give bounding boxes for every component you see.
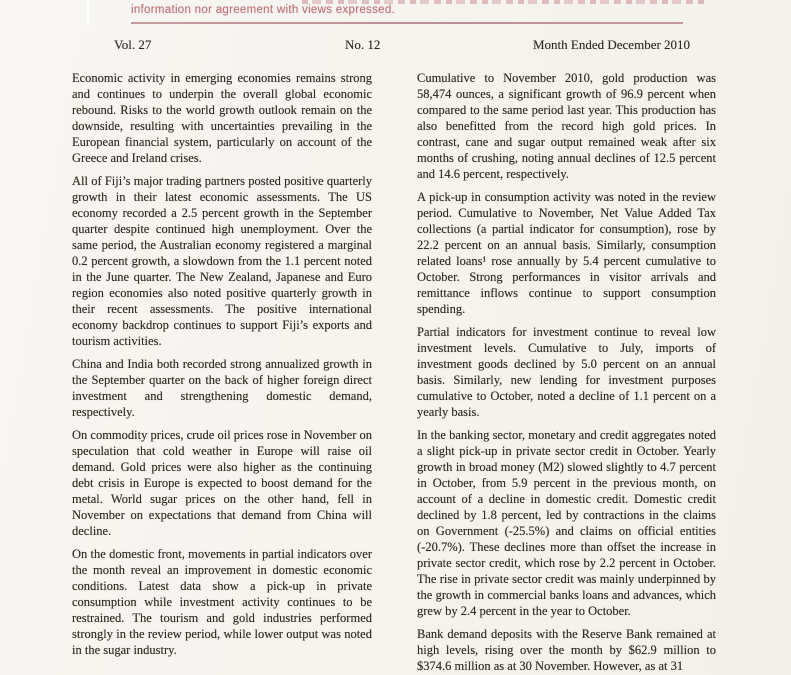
disclaimer-box-edge [87, 0, 89, 27]
paragraph-banking-sector: In the banking sector, monetary and cred… [417, 427, 716, 619]
paragraph-gold-production: Cumulative to November 2010, gold produc… [417, 70, 716, 182]
right-column: Cumulative to November 2010, gold produc… [417, 70, 716, 674]
left-column: Economic activity in emerging economies … [72, 70, 372, 658]
paragraph-china-india: China and India both recorded strong ann… [72, 356, 372, 420]
paragraph-domestic-front: On the domestic front, movements in part… [72, 546, 372, 658]
masthead: Vol. 27 No. 12 Month Ended December 2010 [0, 37, 791, 53]
paragraph-bank-deposits: Bank demand deposits with the Reserve Ba… [417, 626, 716, 674]
issue-number-label: No. 12 [345, 37, 380, 53]
volume-label: Vol. 27 [114, 37, 151, 53]
paragraph-global-economy: Economic activity in emerging economies … [72, 70, 372, 166]
period-label: Month Ended December 2010 [533, 37, 690, 53]
paragraph-consumption: A pick-up in consumption activity was no… [417, 189, 716, 317]
header-divider [131, 22, 683, 24]
paragraph-investment: Partial indicators for investment contin… [417, 324, 716, 420]
disclaimer-text: information nor agreement with views exp… [131, 4, 691, 16]
document-page: information nor agreement with views exp… [0, 0, 791, 675]
paragraph-commodity-prices: On commodity prices, crude oil prices ro… [72, 427, 372, 539]
paragraph-trading-partners: All of Fiji’s major trading partners pos… [72, 173, 372, 349]
